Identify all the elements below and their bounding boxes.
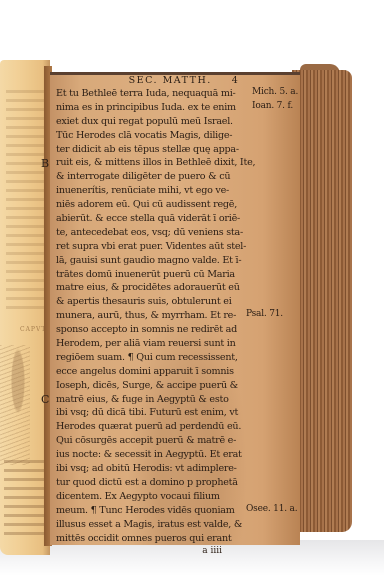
text-line: dicentem. Ex Aegypto vocaui filium (56, 490, 292, 504)
text-line: abierūt. & ecce stella quā viderāt ī ori… (56, 212, 292, 226)
text-line: Ioseph, dicēs, Surge, & accipe puerū & (56, 379, 292, 393)
left-page-bleedthrough-text (6, 90, 48, 310)
text-line: Herodes quærat puerū ad perdendū eū. (56, 420, 292, 434)
text-line: te, antecedebat eos, vsq; dū veniens sta… (56, 226, 292, 240)
text-line: Qui cōsurgēs accepit puerū & matrē e- (56, 434, 292, 448)
text-line: niēs adorem eū. Qui cū audissent regē, (56, 198, 292, 212)
left-page: CAPVT (0, 60, 50, 555)
text-line: ecce angelus domini apparuit ī somnis (56, 365, 292, 379)
text-line: Tūc Herodes clā vocatis Magis, dilige- (56, 129, 292, 143)
text-line: ibi vsq; dū dicā tibi. Futurū est enim, … (56, 406, 292, 420)
text-line: matrē eius, & fuge in Aegyptū & esto (56, 393, 292, 407)
text-line: inuenerítis, renūciate mihi, vt ego ve- (56, 184, 292, 198)
margin-note: Ioan. 7. f. (252, 101, 293, 111)
text-line: ret supra vbi erat puer. Videntes aūt st… (56, 240, 292, 254)
book-photo: CAPVT SEC. MATTH. 4 Et tu Bethleē terra … (0, 0, 384, 576)
text-line: matre eius, & procidētes adorauerūt eū (56, 281, 292, 295)
left-page-chapter-heading: CAPVT (20, 326, 46, 333)
margin-note: Psal. 71. (246, 309, 283, 319)
text-line: ibi vsq; ad obitū Herodis: vt adimplere- (56, 462, 292, 476)
text-line: sponso accepto in somnis ne redirēt ad (56, 323, 292, 337)
text-line: ius nocte: & secessit in Aegyptū. Et era… (56, 448, 292, 462)
text-line: lā, gauisi sunt gaudio magno valde. Et ī… (56, 254, 292, 268)
signature-mark: a iiii (202, 545, 222, 558)
margin-note: Mich. 5. a. (252, 87, 298, 97)
text-line: ruit eis, & mittens illos in Bethleē dix… (56, 156, 292, 170)
margin-note: Osee. 11. a. (246, 504, 297, 514)
section-letter: C (41, 393, 49, 406)
catchword-row: a iiii (56, 545, 292, 558)
text-line: mittēs occidit omnes pueros qui erant (56, 532, 292, 546)
section-letter: B (41, 157, 49, 170)
text-line: trātes domū inuenerūt puerū cū Maria (56, 268, 292, 282)
woodcut-illustration (0, 345, 30, 465)
page-number: 4 (232, 74, 240, 87)
text-line: exiet dux qui regat populū meū Israel. (56, 115, 292, 129)
running-head: SEC. MATTH. 4 (76, 74, 292, 87)
left-page-text-fragment (4, 460, 48, 540)
text-line: & apertis thesauris suis, obtulerunt ei (56, 295, 292, 309)
running-head-title: SEC. MATTH. (129, 74, 212, 87)
text-line: ter didicit ab eis tēpus stellæ quę appa… (56, 143, 292, 157)
text-line: regiōem suam. ¶ Qui cum recessissent, (56, 351, 292, 365)
page-fore-edge (292, 70, 352, 532)
text-line: illusus esset a Magis, iratus est valde,… (56, 518, 292, 532)
text-line: Herodem, per aliā viam reuersi sunt in (56, 337, 292, 351)
text-line: tur quod dictū est a domino p prophetā (56, 476, 292, 490)
text-line: & interrogate diligēter de puero & cū (56, 170, 292, 184)
